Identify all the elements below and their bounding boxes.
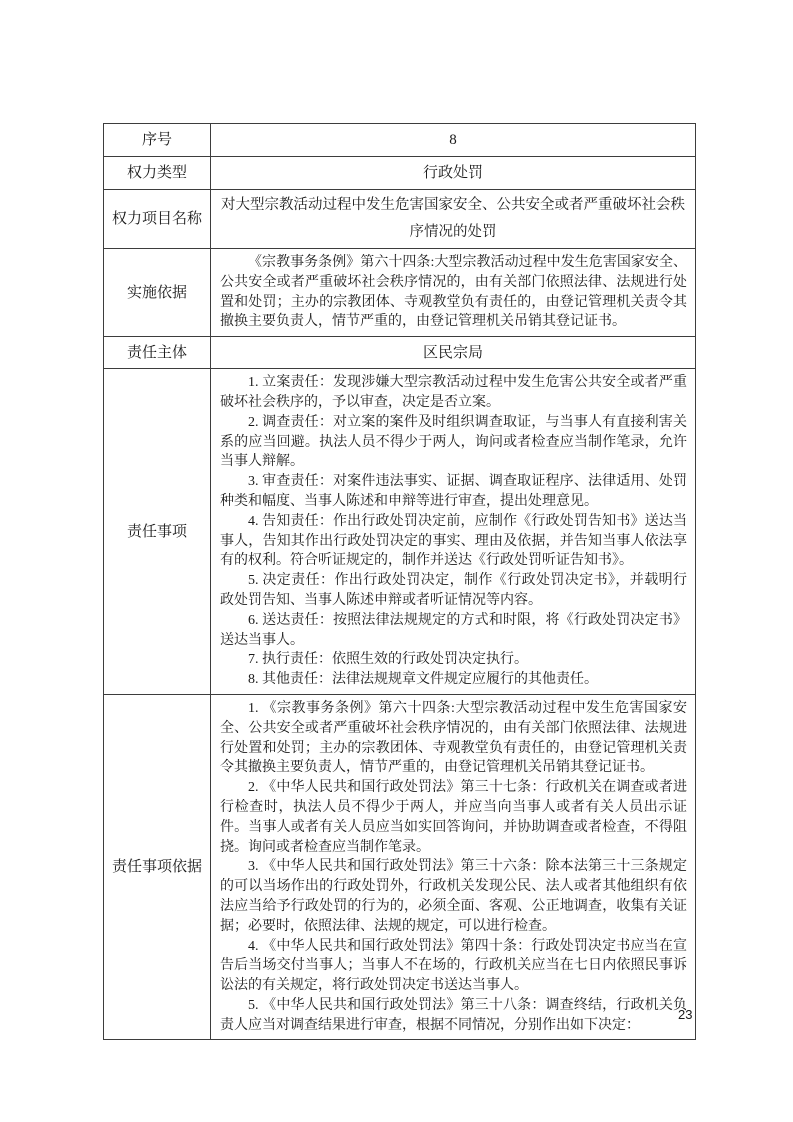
row-serial-number: 序号 8	[104, 124, 696, 157]
page-number: 23	[678, 1007, 692, 1022]
responsibility-item-1: 1. 立案责任：发现涉嫌大型宗教活动过程中发生危害公共安全或者严重破坏社会秩序的…	[220, 373, 687, 413]
legal-basis-item-5: 5. 《中华人民共和国行政处罚法》第三十八条：调查终结，行政机关负责人应当对调查…	[220, 996, 687, 1036]
legal-basis-item-2: 2. 《中华人民共和国行政处罚法》第三十七条：行政机关在调查或者进行检查时，执法…	[220, 778, 687, 857]
responsibility-item-8: 8. 其他责任：法律法规规章文件规定应履行的其他责任。	[220, 670, 687, 690]
power-type-value: 行政处罚	[211, 157, 696, 190]
responsibility-item-5: 5. 决定责任：作出行政处罚决定，制作《行政处罚决定书》，并载明行政处罚告知、当…	[220, 571, 687, 611]
serial-number-value: 8	[211, 124, 696, 157]
power-item-name-value: 对大型宗教活动过程中发生危害国家安全、公共安全或者严重破坏社会秩序情况的处罚	[211, 190, 696, 249]
legal-basis-item-1: 1. 《宗教事务条例》第六十四条:大型宗教活动过程中发生危害国家安全、公共安全或…	[220, 699, 687, 778]
row-responsibility-items-basis: 责任事项依据 1. 《宗教事务条例》第六十四条:大型宗教活动过程中发生危害国家安…	[104, 694, 696, 1040]
responsibility-items-label: 责任事项	[104, 369, 211, 695]
power-item-name-label: 权力项目名称	[104, 190, 211, 249]
row-implementation-basis: 实施依据 《宗教事务条例》第六十四条:大型宗教活动过程中发生危害国家安全、公共安…	[104, 249, 696, 337]
serial-number-label: 序号	[104, 124, 211, 157]
row-power-type: 权力类型 行政处罚	[104, 157, 696, 190]
implementation-basis-label: 实施依据	[104, 249, 211, 337]
row-responsibility-items: 责任事项 1. 立案责任：发现涉嫌大型宗教活动过程中发生危害公共安全或者严重破坏…	[104, 369, 696, 695]
responsible-entity-value: 区民宗局	[211, 337, 696, 369]
responsible-entity-label: 责任主体	[104, 337, 211, 369]
responsibility-items-basis-value: 1. 《宗教事务条例》第六十四条:大型宗教活动过程中发生危害国家安全、公共安全或…	[211, 694, 696, 1040]
row-responsible-entity: 责任主体 区民宗局	[104, 337, 696, 369]
responsibility-item-6: 6. 送达责任：按照法律法规规定的方式和时限，将《行政处罚决定书》送达当事人。	[220, 611, 687, 651]
legal-basis-item-3: 3. 《中华人民共和国行政处罚法》第三十六条：除本法第三十三条规定的可以当场作出…	[220, 857, 687, 936]
power-type-label: 权力类型	[104, 157, 211, 190]
implementation-basis-paragraph: 《宗教事务条例》第六十四条:大型宗教活动过程中发生危害国家安全、公共安全或者严重…	[220, 253, 687, 332]
document-page: 序号 8 权力类型 行政处罚 权力项目名称 对大型宗教活动过程中发生危害国家安全…	[0, 0, 793, 1122]
responsibility-item-3: 3. 审查责任：对案件违法事实、证据、调查取证程序、法律适用、处罚种类和幅度、当…	[220, 472, 687, 512]
legal-basis-item-4: 4. 《中华人民共和国行政处罚法》第四十条：行政处罚决定书应当在宣告后当场交付当…	[220, 937, 687, 996]
implementation-basis-value: 《宗教事务条例》第六十四条:大型宗教活动过程中发生危害国家安全、公共安全或者严重…	[211, 249, 696, 337]
power-responsibility-table: 序号 8 权力类型 行政处罚 权力项目名称 对大型宗教活动过程中发生危害国家安全…	[103, 123, 696, 1040]
responsibility-item-2: 2. 调查责任：对立案的案件及时组织调查取证，与当事人有直接利害关系的应当回避。…	[220, 413, 687, 472]
responsibility-item-7: 7. 执行责任：依照生效的行政处罚决定执行。	[220, 650, 687, 670]
responsibility-items-basis-label: 责任事项依据	[104, 694, 211, 1040]
row-power-item-name: 权力项目名称 对大型宗教活动过程中发生危害国家安全、公共安全或者严重破坏社会秩序…	[104, 190, 696, 249]
responsibility-items-value: 1. 立案责任：发现涉嫌大型宗教活动过程中发生危害公共安全或者严重破坏社会秩序的…	[211, 369, 696, 695]
responsibility-item-4: 4. 告知责任：作出行政处罚决定前，应制作《行政处罚告知书》送达当事人，告知其作…	[220, 512, 687, 571]
